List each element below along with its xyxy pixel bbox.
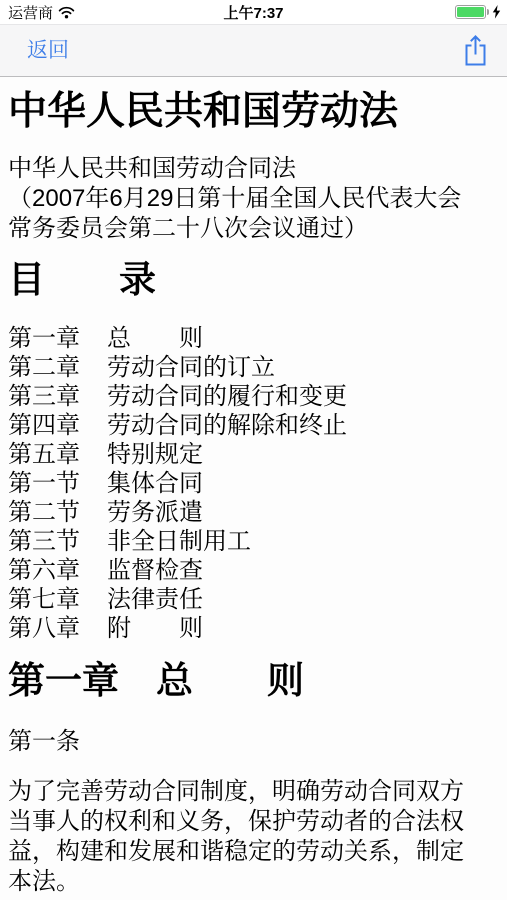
toc-item: 第三节 非全日制用工 [8, 527, 499, 556]
toc-item-label: 第一节 [8, 469, 107, 498]
toc-item-title: 法律责任 [107, 585, 499, 614]
article-body: 为了完善劳动合同制度，明确劳动合同双方 当事人的权利和义务，保护劳动者的合法权 … [8, 777, 499, 897]
toc-item-title: 劳动合同的履行和变更 [107, 382, 499, 411]
toc-item: 第二章 劳动合同的订立 [8, 353, 499, 382]
toc-item-title: 劳动合同的解除和终止 [107, 411, 499, 440]
toc-item-label: 第八章 [8, 614, 107, 643]
status-bar: 运营商 上午7:37 [0, 0, 507, 25]
nav-bar: 返回 [0, 25, 507, 77]
toc-heading: 目 录 [8, 258, 499, 302]
document-title: 中华人民共和国劳动法 [8, 89, 499, 134]
toc-item-label: 第七章 [8, 585, 107, 614]
toc-item: 第八章 附 则 [8, 614, 499, 643]
toc-list: 第一章 总 则 第二章 劳动合同的订立 第三章 劳动合同的履行和变更 第四章 劳… [8, 324, 499, 643]
carrier-label: 运营商 [8, 2, 53, 23]
status-bar-left: 运营商 [8, 2, 75, 23]
subtitle-line: 中华人民共和国劳动合同法 [8, 154, 499, 184]
document-subtitle: 中华人民共和国劳动合同法 （2007年6月29日第十届全国人民代表大会 常务委员… [8, 154, 499, 244]
toc-item: 第三章 劳动合同的履行和变更 [8, 382, 499, 411]
toc-item-title: 特别规定 [107, 440, 499, 469]
document-content: 中华人民共和国劳动法 中华人民共和国劳动合同法 （2007年6月29日第十届全国… [0, 89, 507, 897]
app-screen: 运营商 上午7:37 返回 [0, 0, 507, 900]
toc-item-label: 第二章 [8, 353, 107, 382]
subtitle-line: （2007年6月29日第十届全国人民代表大会 [8, 184, 499, 214]
status-bar-right [455, 5, 501, 19]
share-button[interactable] [460, 32, 491, 69]
toc-item-title: 附 则 [107, 614, 499, 643]
chapter-heading: 第一章 总 则 [8, 659, 499, 703]
toc-item-label: 第一章 [8, 324, 107, 353]
toc-item-title: 非全日制用工 [107, 527, 499, 556]
toc-item: 第四章 劳动合同的解除和终止 [8, 411, 499, 440]
battery-icon [455, 5, 489, 19]
toc-item-title: 劳动合同的订立 [107, 353, 499, 382]
article-body-line: 当事人的权利和义务，保护劳动者的合法权 [8, 807, 499, 837]
back-button[interactable]: 返回 [25, 36, 71, 65]
toc-item-label: 第三节 [8, 527, 107, 556]
battery-fill [457, 7, 484, 17]
toc-item: 第二节 劳务派遣 [8, 498, 499, 527]
toc-item-title: 劳务派遣 [107, 498, 499, 527]
toc-item-title: 总 则 [107, 324, 499, 353]
toc-item-label: 第五章 [8, 440, 107, 469]
toc-item-label: 第六章 [8, 556, 107, 585]
article-body-line: 为了完善劳动合同制度，明确劳动合同双方 [8, 777, 499, 807]
toc-item-title: 集体合同 [107, 469, 499, 498]
article-body-line: 益，构建和发展和谐稳定的劳动关系，制定 [8, 837, 499, 867]
wifi-icon [58, 6, 75, 19]
toc-item: 第六章 监督检查 [8, 556, 499, 585]
toc-item-label: 第二节 [8, 498, 107, 527]
article-label: 第一条 [8, 727, 499, 757]
charging-bolt-icon [492, 5, 501, 19]
toc-item: 第一节 集体合同 [8, 469, 499, 498]
toc-item: 第七章 法律责任 [8, 585, 499, 614]
article-body-line: 本法。 [8, 867, 499, 897]
toc-item-title: 监督检查 [107, 556, 499, 585]
clock: 上午7:37 [0, 0, 507, 25]
toc-item: 第五章 特别规定 [8, 440, 499, 469]
subtitle-line: 常务委员会第二十八次会议通过） [8, 214, 499, 244]
toc-item-label: 第四章 [8, 411, 107, 440]
toc-item: 第一章 总 则 [8, 324, 499, 353]
share-icon [462, 34, 489, 67]
toc-item-label: 第三章 [8, 382, 107, 411]
